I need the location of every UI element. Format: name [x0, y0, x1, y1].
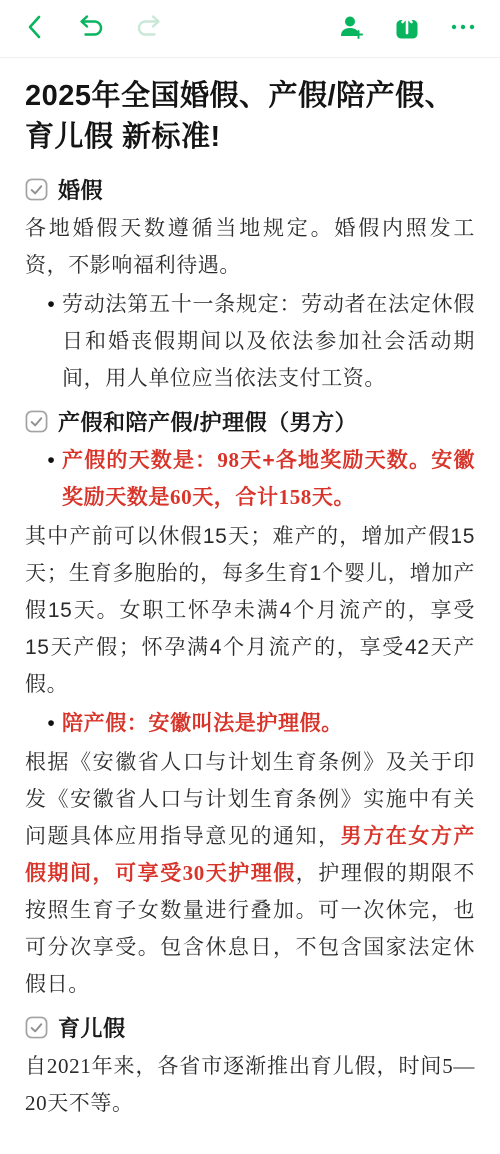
text-segment: 天不等。: [47, 1092, 133, 1115]
checkbox-checked-icon[interactable]: [25, 410, 48, 433]
highlighted-text: 158: [279, 485, 312, 509]
paragraph: 自2021年来，各省市逐渐推出育儿假，时间5—20天不等。: [25, 1048, 475, 1122]
checkbox-row: 育儿假: [25, 1012, 475, 1043]
highlighted-text: 98: [217, 448, 239, 472]
checkbox-label: 婚假: [58, 174, 103, 205]
highlighted-text: 天护理假: [205, 862, 296, 885]
bullet-item: •产假的天数是：98天+各地奖励天数。安徽奖励天数是60天，合计158天。: [25, 442, 475, 516]
bullet-dot-icon: •: [40, 705, 62, 742]
undo-button[interactable]: [70, 6, 112, 51]
paragraph: 其中产前可以休假15天；难产的，增加产假15天；生育多胞胎的，每多生育1个婴儿，…: [25, 518, 475, 703]
highlighted-text: 60: [170, 485, 192, 509]
redo-icon: [134, 12, 164, 45]
paragraph: 各地婚假天数遵循当地规定。婚假内照发工资，不影响福利待遇。: [25, 210, 475, 284]
toolbar-right-group: [316, 6, 484, 51]
checkbox-checked-icon[interactable]: [25, 1016, 48, 1039]
undo-icon: [76, 12, 106, 45]
text-segment: 劳动法第五十一条规定：劳动者在法定休假日和婚丧假期间以及依法参加社会活动期间，用…: [62, 293, 475, 390]
bullet-text: 劳动法第五十一条规定：劳动者在法定休假日和婚丧假期间以及依法参加社会活动期间，用…: [62, 286, 475, 397]
text-segment: 2021: [47, 1054, 91, 1078]
highlighted-text: 天。: [312, 486, 355, 509]
bullet-dot-icon: •: [40, 442, 62, 516]
bullet-text: 产假的天数是：98天+各地奖励天数。安徽奖励天数是60天，合计158天。: [62, 442, 475, 516]
share-button[interactable]: [386, 6, 428, 51]
note-body: 婚假各地婚假天数遵循当地规定。婚假内照发工资，不影响福利待遇。•劳动法第五十一条…: [25, 174, 475, 1122]
note-document: 2025年全国婚假、产假/陪产假、育儿假 新标准! 婚假各地婚假天数遵循当地规定…: [0, 58, 500, 1154]
bullet-dot-icon: •: [40, 286, 62, 397]
back-button[interactable]: [16, 6, 54, 51]
bullet-item: •陪产假：安徽叫法是护理假。: [25, 705, 475, 742]
more-icon: [448, 12, 478, 45]
checkbox-row: 婚假: [25, 174, 475, 205]
more-button[interactable]: [442, 6, 484, 51]
bullet-text: 陪产假：安徽叫法是护理假。: [62, 705, 475, 742]
bullet-item: •劳动法第五十一条规定：劳动者在法定休假日和婚丧假期间以及依法参加社会活动期间，…: [25, 286, 475, 397]
checkbox-label: 育儿假: [58, 1012, 126, 1043]
highlighted-text: 天，合计: [192, 486, 278, 509]
add-collaborator-icon: [336, 12, 366, 45]
back-icon: [22, 12, 48, 45]
checkbox-row: 产假和陪产假/护理假（男方）: [25, 406, 475, 437]
text-segment: 其中产前可以休假15天；难产的，增加产假15天；生育多胞胎的，每多生育1个婴儿，…: [25, 525, 475, 696]
toolbar: [0, 0, 500, 58]
text-segment: 各地婚假天数遵循当地规定。婚假内照发工资，不影响福利待遇。: [25, 217, 475, 277]
add-collaborator-button[interactable]: [330, 6, 372, 51]
note-title: 2025年全国婚假、产假/陪产假、育儿假 新标准!: [25, 76, 475, 158]
highlighted-text: 30: [183, 861, 205, 885]
checkbox-label: 产假和陪产假/护理假（男方）: [58, 406, 357, 437]
toolbar-left-group: [16, 6, 186, 51]
highlighted-text: 陪产假：安徽叫法是护理假。: [62, 712, 343, 735]
redo-button: [128, 6, 170, 51]
highlighted-text: 产假的天数是：: [62, 449, 217, 472]
share-icon: [392, 12, 422, 45]
text-segment: 年来，各省市逐渐推出育儿假，时间: [91, 1055, 442, 1078]
checkbox-checked-icon[interactable]: [25, 178, 48, 201]
paragraph: 根据《安徽省人口与计划生育条例》及关于印发《安徽省人口与计划生育条例》实施中有关…: [25, 744, 475, 1003]
text-segment: 自: [25, 1055, 47, 1078]
